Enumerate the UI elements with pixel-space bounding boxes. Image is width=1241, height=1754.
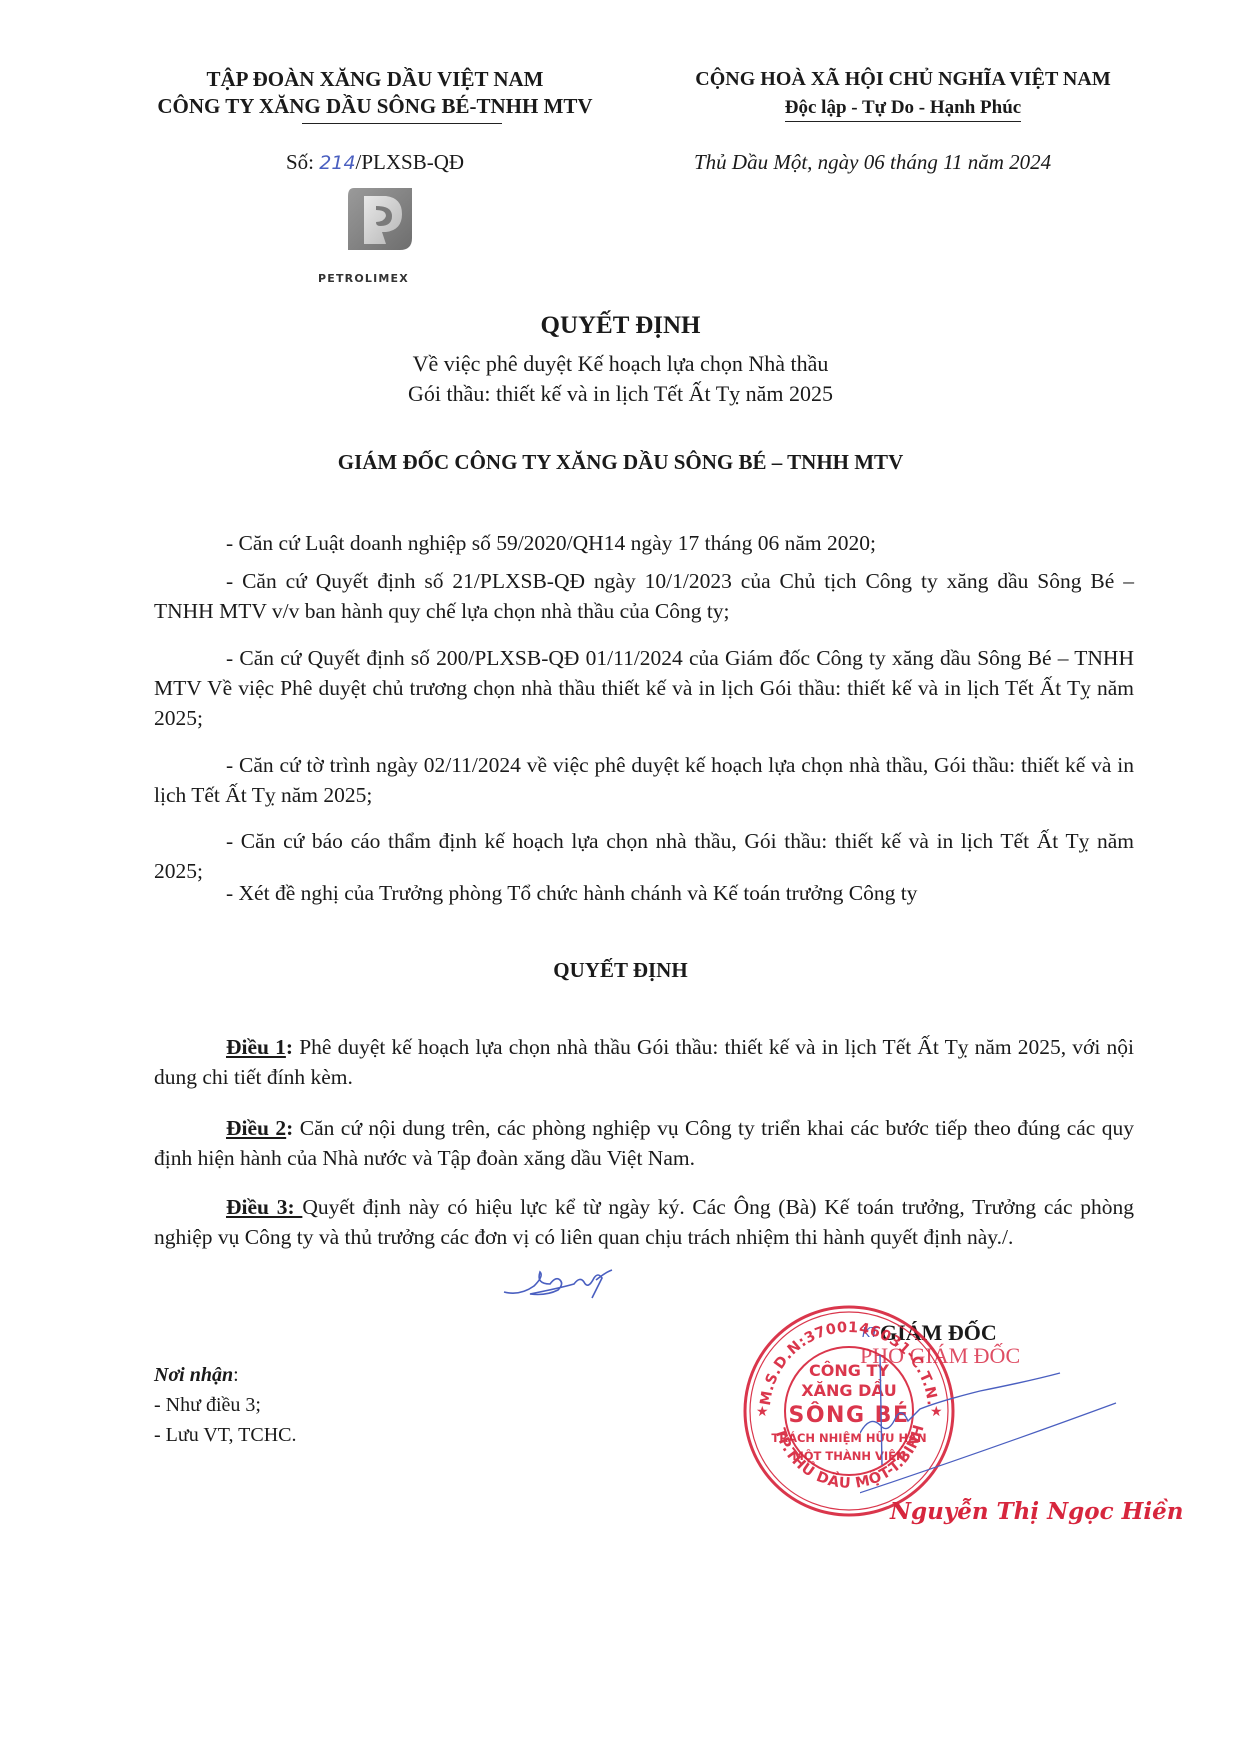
signer-name: Nguyễn Thị Ngọc Hiền bbox=[890, 1498, 1183, 1525]
article-1: Điều 1: Phê duyệt kế hoạch lựa chọn nhà … bbox=[154, 1032, 1134, 1092]
recipient-item: - Lưu VT, TCHC. bbox=[154, 1420, 297, 1450]
legal-basis-1: - Căn cứ Luật doanh nghiệp số 59/2020/QH… bbox=[154, 528, 1134, 558]
legal-basis-2: - Căn cứ Quyết định số 21/PLXSB-QĐ ngày … bbox=[154, 566, 1134, 626]
legal-basis-text: - Căn cứ báo cáo thẩm định kế hoạch lựa … bbox=[154, 826, 1134, 886]
document-subject-line2: Gói thầu: thiết kế và in lịch Tết Ất Tỵ … bbox=[0, 381, 1241, 407]
director-signature-icon bbox=[860, 1355, 1120, 1495]
legal-basis-text: - Căn cứ Quyết định số 21/PLXSB-QĐ ngày … bbox=[154, 566, 1134, 626]
recipient-item: - Như điều 3; bbox=[154, 1390, 297, 1420]
article-3: Điều 3: Quyết định này có hiệu lực kể từ… bbox=[154, 1192, 1134, 1252]
national-motto: Độc lập - Tự Do - Hạnh Phúc bbox=[785, 96, 1021, 122]
article-label: Điều 1 bbox=[226, 1035, 286, 1059]
article-text: Căn cứ nội dung trên, các phòng nghiệp v… bbox=[154, 1116, 1134, 1170]
legal-basis-text: - Căn cứ tờ trình ngày 02/11/2024 về việ… bbox=[154, 750, 1134, 810]
issuer-parent: TẬP ĐOÀN XĂNG DẦU VIỆT NAM bbox=[140, 66, 610, 93]
article-separator: : bbox=[286, 1116, 300, 1140]
svg-text:★: ★ bbox=[756, 1404, 769, 1420]
place-date: Thủ Dầu Một, ngày 06 tháng 11 năm 2024 bbox=[694, 150, 1051, 175]
logo-wordmark: PETROLIMEX bbox=[318, 272, 409, 285]
legal-basis-6: - Xét đề nghị của Trưởng phòng Tổ chức h… bbox=[154, 878, 1134, 908]
legal-basis-text: - Căn cứ Luật doanh nghiệp số 59/2020/QH… bbox=[154, 528, 1134, 558]
decision-heading: QUYẾT ĐỊNH bbox=[0, 958, 1241, 983]
country-name: CỘNG HOÀ XÃ HỘI CHỦ NGHĨA VIỆT NAM bbox=[668, 66, 1138, 93]
article-2: Điều 2: Căn cứ nội dung trên, các phòng … bbox=[154, 1113, 1134, 1173]
article-label: Điều 3: bbox=[226, 1195, 302, 1219]
legal-basis-3: - Căn cứ Quyết định số 200/PLXSB-QĐ 01/1… bbox=[154, 643, 1134, 733]
article-text: Phê duyệt kế hoạch lựa chọn nhà thầu Gói… bbox=[154, 1035, 1134, 1089]
issuer-company: CÔNG TY XĂNG DẦU SÔNG BÉ-TNHH MTV bbox=[140, 93, 610, 120]
petrolimex-logo-icon bbox=[346, 186, 414, 252]
article-separator: : bbox=[286, 1035, 299, 1059]
doc-number-suffix: /PLXSB-QĐ bbox=[356, 150, 465, 174]
recipients-heading: Nơi nhận bbox=[154, 1364, 233, 1386]
legal-basis-4: - Căn cứ tờ trình ngày 02/11/2024 về việ… bbox=[154, 750, 1134, 810]
document-number: Số: 214/PLXSB-QĐ bbox=[286, 150, 464, 175]
doc-number-prefix: Số: bbox=[286, 150, 319, 174]
initials-signature-icon bbox=[500, 1266, 620, 1300]
article-label: Điều 2 bbox=[226, 1116, 286, 1140]
issuing-authority: GIÁM ĐỐC CÔNG TY XĂNG DẦU SÔNG BÉ – TNHH… bbox=[0, 450, 1241, 475]
legal-basis-5: - Căn cứ báo cáo thẩm định kế hoạch lựa … bbox=[154, 826, 1134, 886]
recipients-colon: : bbox=[233, 1364, 239, 1386]
issuer-underline bbox=[302, 123, 502, 124]
document-subject-line1: Về việc phê duyệt Kế hoạch lựa chọn Nhà … bbox=[0, 351, 1241, 377]
document-title: QUYẾT ĐỊNH bbox=[0, 312, 1241, 340]
legal-basis-text: - Căn cứ Quyết định số 200/PLXSB-QĐ 01/1… bbox=[154, 643, 1134, 733]
national-motto-block: CỘNG HOÀ XÃ HỘI CHỦ NGHĨA VIỆT NAM Độc l… bbox=[668, 66, 1138, 122]
doc-number-handwritten: 214 bbox=[319, 152, 355, 174]
recipients-block: Nơi nhận: - Như điều 3; - Lưu VT, TCHC. bbox=[154, 1360, 297, 1450]
issuer-block: TẬP ĐOÀN XĂNG DẦU VIỆT NAM CÔNG TY XĂNG … bbox=[140, 66, 610, 120]
legal-basis-text: - Xét đề nghị của Trưởng phòng Tổ chức h… bbox=[154, 878, 1134, 908]
